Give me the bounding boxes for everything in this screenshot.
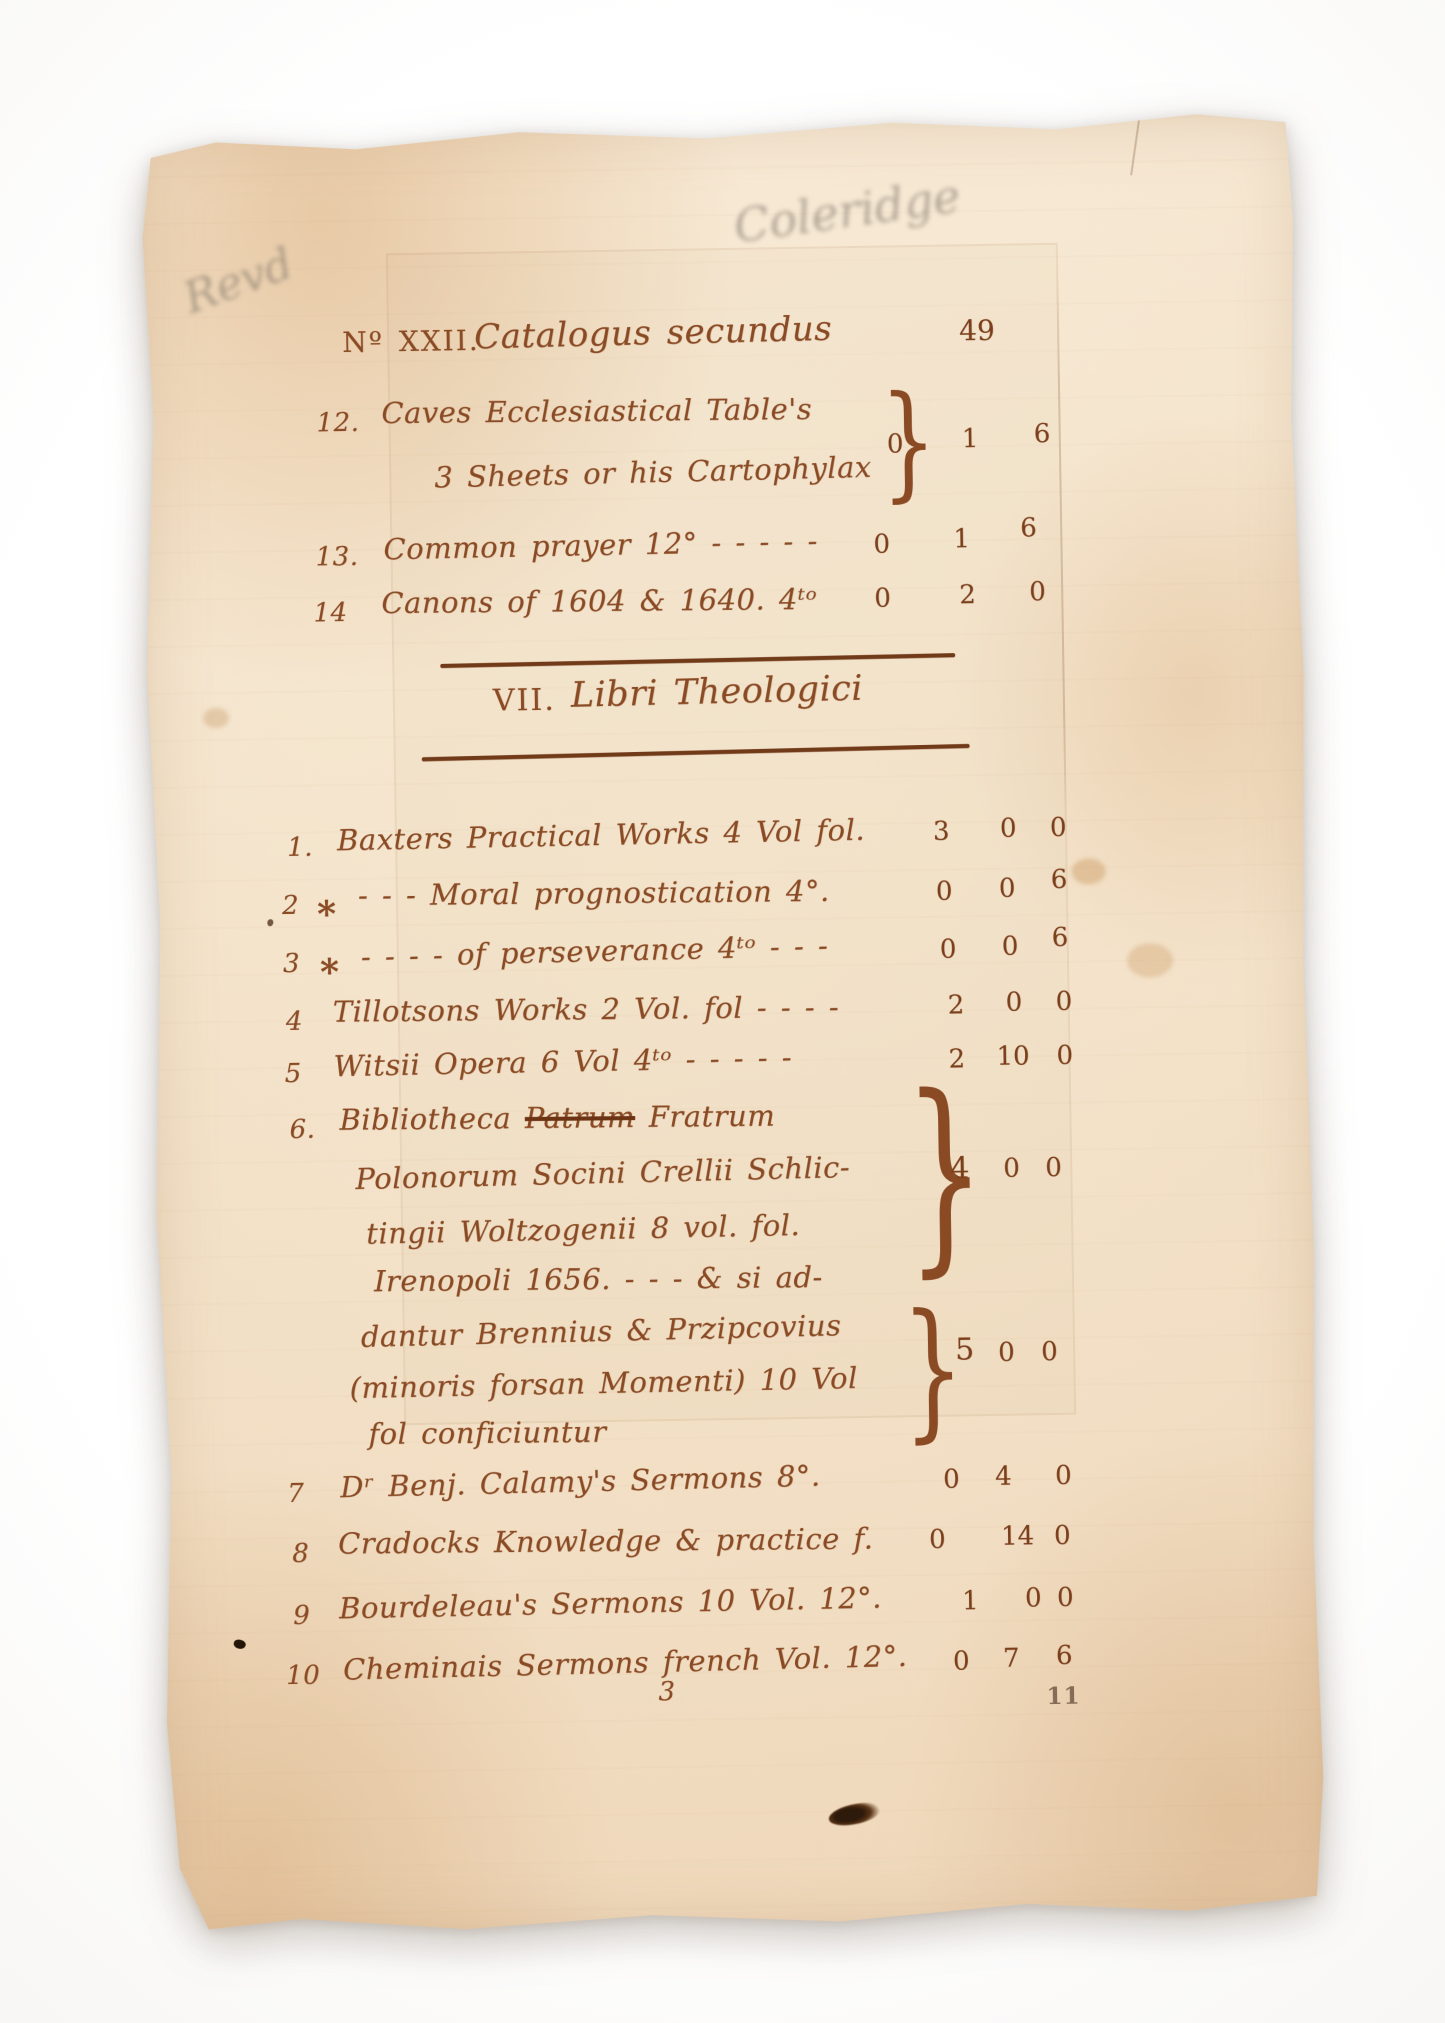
price-shillings: 0 (1005, 987, 1022, 1017)
price-pence: 0 (1057, 1583, 1074, 1613)
price-pounds: 0 (874, 583, 891, 613)
entry-number: 10 (286, 1661, 321, 1692)
entry-text: fol conficiuntur (368, 1415, 606, 1451)
price-shillings: 10 (996, 1041, 1030, 1072)
entry-number: 5 (284, 1059, 302, 1089)
entry-text: - - - Moral prognostication 4°. (358, 874, 830, 913)
entry-text: Caves Ecclesiastical Table's (381, 392, 812, 430)
entry-text: Irenopoli 1656. - - - & si ad- (374, 1260, 823, 1298)
price-shillings: 0 (1002, 931, 1019, 961)
entry-text: Bibliotheca Patrum Fratrum (339, 1099, 775, 1137)
entry-text: Cheminais Sermons french Vol. 12°. (343, 1639, 908, 1687)
brace: } (901, 1294, 965, 1445)
price-pounds: 0 (936, 877, 953, 907)
entry-number: 3 (283, 949, 301, 979)
price-pence: 0 (1050, 813, 1067, 843)
entry-number: 1. (287, 833, 313, 863)
section-title: Libri Theologici (570, 669, 863, 716)
price-shillings: 1 (953, 524, 970, 554)
price-shillings: 14 (1001, 1521, 1035, 1552)
price-pounds: 0 (953, 1646, 970, 1676)
pencil-inscription-right: Coleridge (731, 169, 964, 254)
price-shillings: 0 (1025, 1583, 1042, 1613)
entry-number: 12. (316, 408, 359, 439)
entry-text: Dʳ Benj. Calamy's Sermons 8°. (340, 1459, 821, 1505)
entry-text: Cradocks Knowledge & practice f. (338, 1521, 874, 1560)
price-pence: 6 (1020, 513, 1037, 543)
asterisk-mark: ∗ (314, 886, 340, 928)
price-pounds: 2 (947, 990, 964, 1020)
entry-number: 14 (313, 598, 348, 629)
foxing-spot (1127, 943, 1174, 978)
price-pence: 6 (1056, 1641, 1073, 1671)
entry-number: 2 (282, 891, 300, 921)
price-shillings: 0 (999, 874, 1016, 904)
price-pounds: 0 (929, 1525, 946, 1555)
price-pounds: 3 (933, 817, 950, 847)
price-pence: 6 (1051, 923, 1068, 953)
entry-number: 7 (287, 1479, 305, 1509)
leaf-number-pencil: 11 (1046, 1683, 1080, 1711)
entry-text-struck: Patrum (525, 1100, 636, 1135)
price-pounds: 0 (873, 529, 890, 559)
price-shillings: 0 (1000, 814, 1017, 844)
price-pounds: 4 (950, 1151, 970, 1186)
entry-text: Tillotsons Works 2 Vol. fol - - - - (333, 990, 840, 1029)
price-pounds: 0 (887, 429, 904, 459)
price-shillings: 4 (995, 1462, 1012, 1492)
asterisk-mark: ∗ (317, 944, 343, 986)
foxing-spot (1071, 858, 1105, 885)
entry-text: Canons of 1604 & 1640. 4ᵗᵒ (381, 582, 817, 620)
ink-speck (233, 1638, 247, 1650)
price-pence: 6 (1034, 419, 1051, 449)
inserted-volume-count: 3 (658, 1677, 676, 1707)
price-pence: 0 (1055, 1461, 1072, 1491)
price-pence: 0 (1045, 1153, 1062, 1183)
entry-text-part: Bibliotheca (339, 1101, 511, 1137)
price-shillings: 7 (1003, 1644, 1020, 1674)
price-shillings: 0 (1003, 1153, 1020, 1183)
photo-background: Revd Coleridge Nº XXII. Catalogus secund… (0, 0, 1445, 2023)
price-pounds: 5 (955, 1332, 975, 1367)
price-pence: 0 (1056, 1041, 1073, 1071)
manuscript-page-wrap: Revd Coleridge Nº XXII. Catalogus secund… (134, 111, 1330, 1941)
entry-text: Bourdeleau's Sermons 10 Vol. 12°. (339, 1581, 882, 1626)
price-pounds: 0 (943, 1464, 960, 1494)
catalog-number-label: Nº XXII. (342, 324, 480, 359)
price-shillings: 0 (998, 1338, 1015, 1368)
entry-number: 6. (289, 1115, 315, 1145)
price-pence: 0 (1029, 577, 1046, 607)
price-pence: 0 (1055, 987, 1072, 1017)
price-pence: 0 (1054, 1521, 1071, 1551)
price-pence: 6 (1051, 865, 1068, 895)
price-pence: 0 (1041, 1337, 1058, 1367)
price-shillings: 1 (962, 424, 979, 454)
price-pounds: 0 (940, 934, 957, 964)
page-number: 49 (959, 314, 995, 348)
edge-tear (1130, 118, 1140, 176)
section-number: VII. (493, 683, 556, 719)
entry-number: 13. (315, 542, 358, 573)
entry-number: 4 (286, 1007, 304, 1037)
pencil-inscription-left: Revd (177, 238, 300, 324)
entry-number: 9 (293, 1601, 311, 1631)
brace: } (903, 1068, 986, 1279)
foxing-spot (203, 708, 229, 728)
price-shillings: 2 (959, 580, 976, 610)
ink-speck-small (267, 919, 273, 926)
ink-blot (827, 1800, 881, 1828)
entry-text-part: Fratrum (649, 1099, 776, 1134)
manuscript-page: Revd Coleridge Nº XXII. Catalogus secund… (134, 111, 1330, 1941)
price-pounds: 1 (962, 1586, 979, 1616)
entry-number: 8 (292, 1539, 310, 1569)
